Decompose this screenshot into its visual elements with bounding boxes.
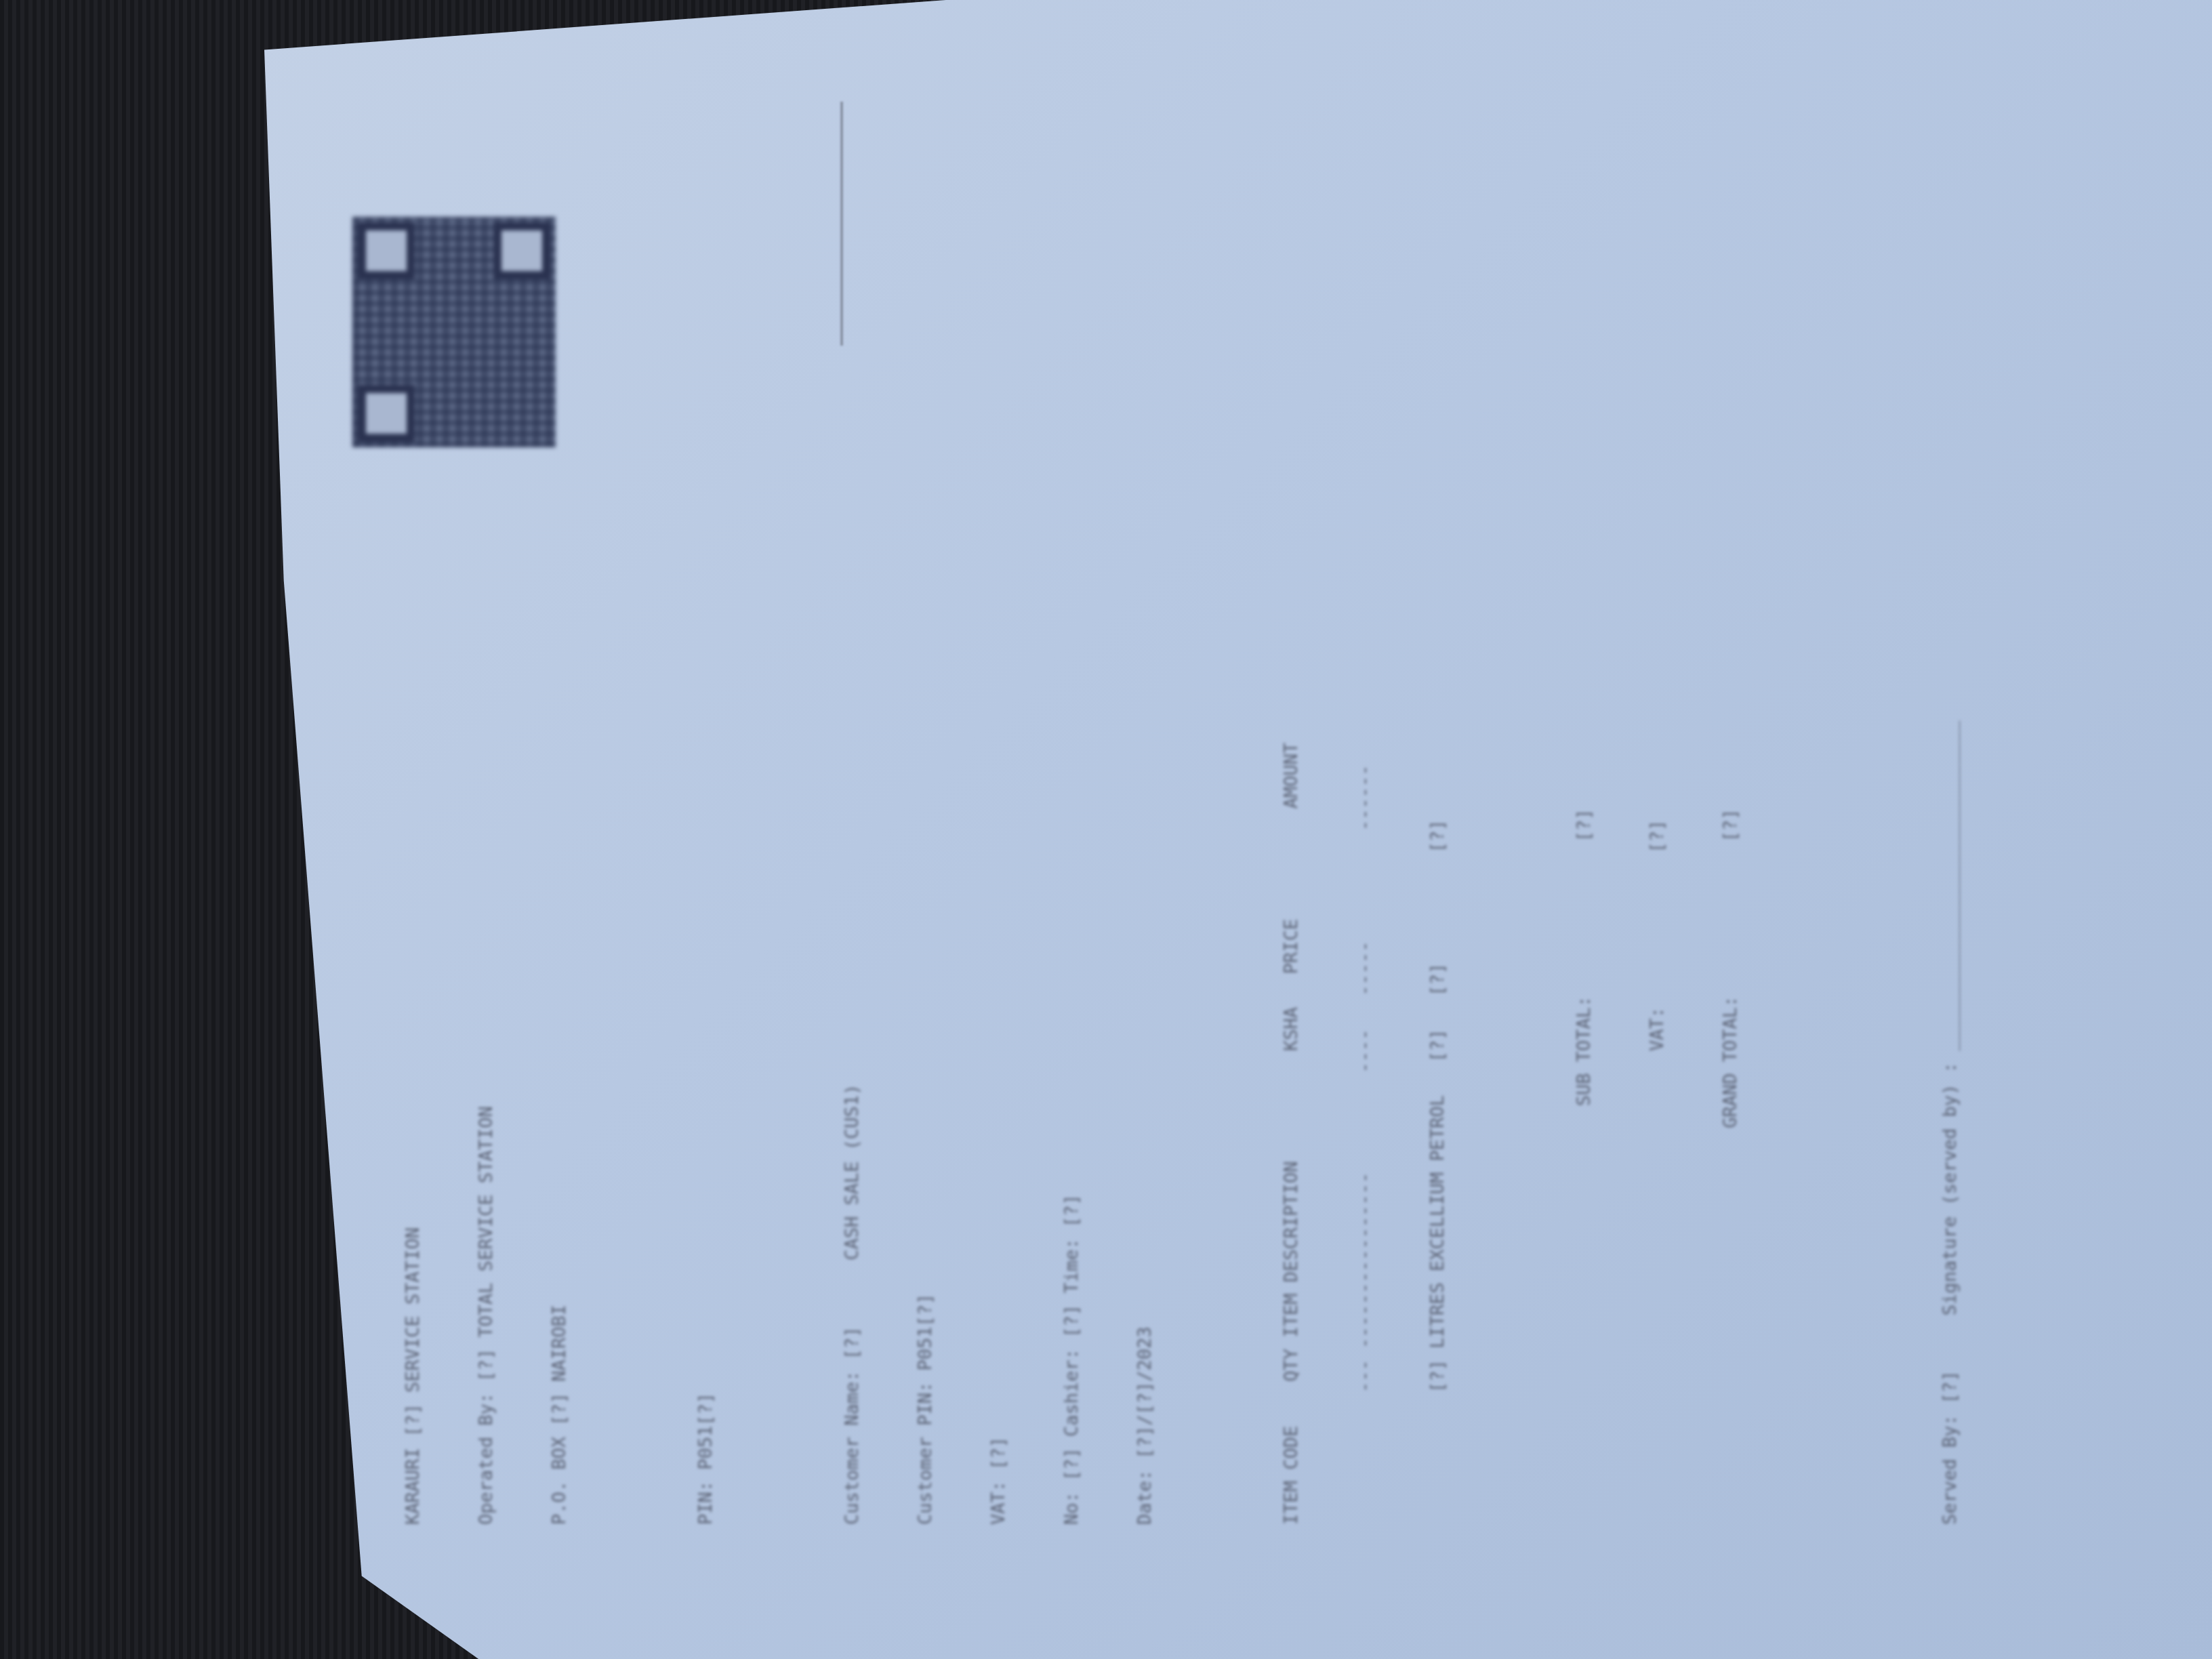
row-price: [?] xyxy=(1427,963,1448,996)
receipt-text: KARAURI [?] SERVICE STATION Operated By:… xyxy=(352,720,1987,1525)
pin: PIN: P051[?] xyxy=(694,720,718,1525)
row-description: LITRES EXCELLIUM PETROL xyxy=(1427,1095,1448,1349)
header-line-1: KARAURI [?] SERVICE STATION xyxy=(401,720,426,1525)
customer-name: Customer Name: [?] xyxy=(842,1326,863,1525)
sale-type: CASH SALE (CUS1) xyxy=(842,1084,863,1261)
col-description: ITEM DESCRIPTION xyxy=(1281,1162,1302,1338)
row-amount: [?] xyxy=(1427,820,1448,853)
subtotal-label: SUB TOTAL: xyxy=(1574,996,1595,1107)
row-qty: [?] xyxy=(1427,1359,1448,1393)
qr-finder-icon xyxy=(358,222,415,279)
col-amount: AMOUNT xyxy=(1281,743,1302,809)
receipt-no: No: [?] xyxy=(1061,1448,1082,1525)
qr-finder-icon xyxy=(493,222,550,279)
cashier: Cashier: [?] xyxy=(1061,1305,1082,1437)
row-ksha: [?] xyxy=(1427,1029,1448,1062)
header-line-3: P.O. BOX [?] NAIROBI xyxy=(548,720,572,1525)
vat-label: VAT: xyxy=(1647,1007,1668,1051)
totals-divider xyxy=(840,102,843,346)
customer-pin: Customer PIN: P051[?] xyxy=(914,720,938,1525)
time: Time: [?] xyxy=(1061,1194,1082,1293)
col-price: PRICE xyxy=(1281,919,1302,974)
served-by: Served By: [?] xyxy=(1940,1370,1961,1525)
signature-label: Signature (served by) : xyxy=(1940,1062,1961,1315)
vat-value: [?] xyxy=(1647,820,1668,853)
vat-no: VAT: [?] xyxy=(988,1437,1009,1525)
item-code-label: ITEM CODE xyxy=(1281,1426,1302,1525)
header-line-2: Operated By: [?] TOTAL SERVICE STATION xyxy=(474,720,499,1525)
col-ksha: KSHA xyxy=(1281,1007,1302,1051)
table-row: [?] LITRES EXCELLIUM PETROL [?] [?] [?] xyxy=(1426,720,1450,1525)
grand-total-value: [?] xyxy=(1720,808,1741,842)
qr-code xyxy=(352,217,556,447)
col-qty: QTY xyxy=(1281,1349,1302,1382)
date: Date: [?]/[?]/2023 xyxy=(1133,720,1158,1525)
qr-finder-icon xyxy=(358,385,415,442)
subtotal-value: [?] xyxy=(1574,808,1595,842)
grand-total-label: GRAND TOTAL: xyxy=(1720,996,1741,1128)
